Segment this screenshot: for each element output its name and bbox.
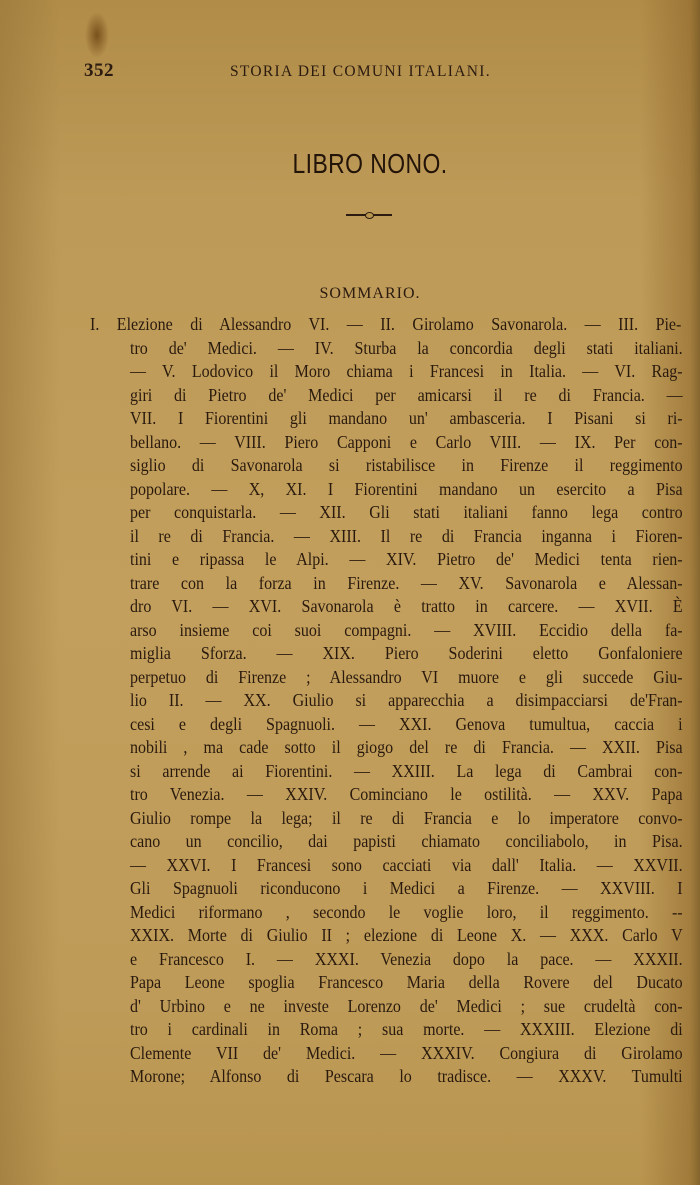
- summary-line: tro de' Medici. — IV. Sturba la concordi…: [130, 337, 683, 361]
- summary-line: perpetuo di Firenze ; Alessandro VI muor…: [130, 666, 683, 690]
- summary-line: cesi e degli Spagnuoli. — XXI. Genova tu…: [130, 713, 683, 737]
- book-page: 352 STORIA DEI COMUNI ITALIANI. LIBRO NO…: [0, 0, 700, 1185]
- summary-line: per conquistarla. — XII. Gli stati itali…: [130, 501, 683, 525]
- summary-line: tro i cardinali in Roma ; sua morte. — X…: [130, 1018, 683, 1042]
- summary-line: giri di Pietro de' Medici per amicarsi i…: [130, 384, 683, 408]
- summary-line: siglio di Savonarola si ristabilisce in …: [130, 454, 683, 478]
- running-title: STORIA DEI COMUNI ITALIANI.: [230, 63, 491, 81]
- summary-line: il re di Francia. — XIII. Il re di Franc…: [130, 525, 683, 549]
- summary-line: d' Urbino e ne investe Lorenzo de' Medic…: [130, 995, 683, 1019]
- summary-line: nobili , ma cade sotto il giogo del re d…: [130, 736, 683, 760]
- summary-line: — V. Lodovico il Moro chiama i Francesi …: [130, 360, 683, 384]
- summary-line: dro VI. — XVI. Savonarola è tratto in ca…: [130, 595, 683, 619]
- summary-line: tro Venezia. — XXIV. Cominciano le ostil…: [130, 783, 683, 807]
- running-head: 352 STORIA DEI COMUNI ITALIANI.: [84, 60, 644, 84]
- summary-line: Clemente VII de' Medici. — XXXIV. Congiu…: [130, 1042, 683, 1066]
- ornament-rule-icon: [346, 212, 392, 218]
- summary-line: Gli Spagnuoli riconducono i Medici a Fir…: [130, 877, 683, 901]
- summary-line: trare con la forza in Firenze. — XV. Sav…: [130, 572, 683, 596]
- summary-line: popolare. — X, XI. I Fiorentini mandano …: [130, 478, 683, 502]
- summary-line: e Francesco I. — XXXI. Venezia dopo la p…: [130, 948, 683, 972]
- summary-heading: SOMMARIO.: [0, 285, 700, 303]
- ornament-knob: [365, 212, 374, 219]
- summary-line: VII. I Fiorentini gli mandano un' ambasc…: [130, 407, 683, 431]
- summary-line: cano un concilio, dai papisti chiamato c…: [130, 830, 683, 854]
- page-number: 352: [84, 60, 114, 82]
- summary-paragraph: I. Elezione di Alessandro VI. — II. Giro…: [90, 313, 682, 1089]
- chapter-title: LIBRO NONO.: [67, 148, 674, 180]
- summary-line: XXIX. Morte di Giulio II ; elezione di L…: [130, 924, 683, 948]
- summary-line: miglia Sforza. — XIX. Piero Soderini ele…: [130, 642, 683, 666]
- summary-line: — XXVI. I Francesi sono cacciati via dal…: [130, 854, 683, 878]
- summary-line: I. Elezione di Alessandro VI. — II. Giro…: [90, 313, 681, 337]
- summary-line: tini e ripassa le Alpi. — XIV. Pietro de…: [130, 548, 683, 572]
- summary-line: Papa Leone spoglia Francesco Maria della…: [130, 971, 683, 995]
- summary-line: Morone; Alfonso di Pescara lo tradisce. …: [130, 1065, 683, 1089]
- summary-line: si arrende ai Fiorentini. — XXIII. La le…: [130, 760, 683, 784]
- summary-line: bellano. — VIII. Piero Capponi e Carlo V…: [130, 431, 683, 455]
- summary-line: lio II. — XX. Giulio si apparecchia a di…: [130, 689, 683, 713]
- summary-line: arso insieme coi suoi compagni. — XVIII.…: [130, 619, 683, 643]
- summary-line: Medici riformano , secondo le voglie lor…: [130, 901, 683, 925]
- summary-line: Giulio rompe la lega; il re di Francia e…: [130, 807, 683, 831]
